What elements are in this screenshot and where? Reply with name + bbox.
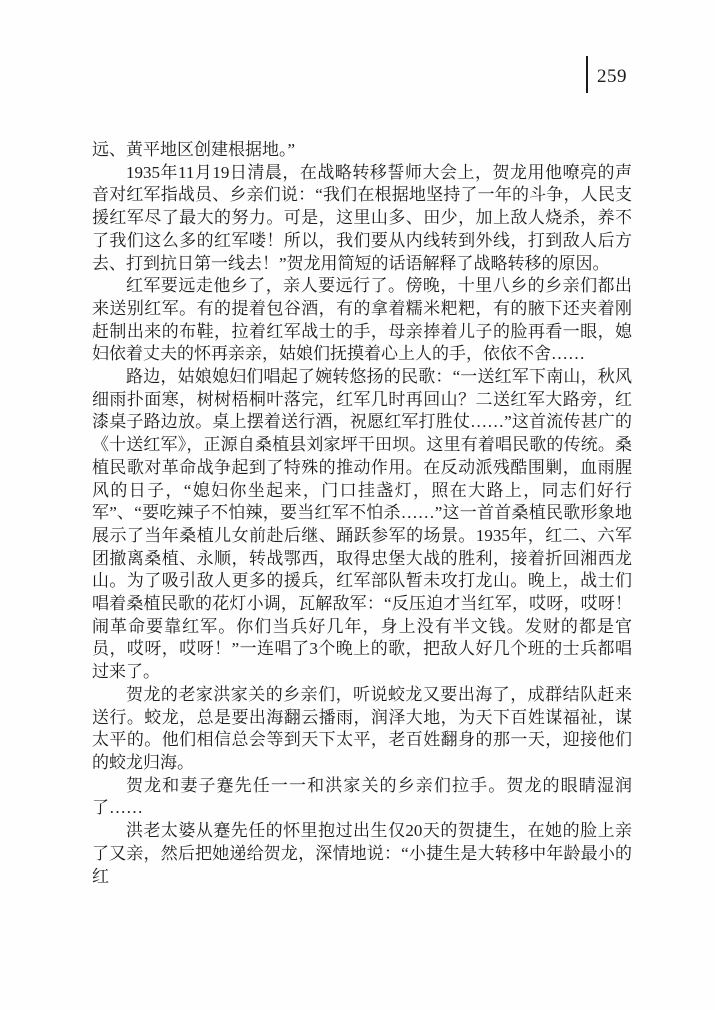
paragraph: 贺龙和妻子蹇先任一一和洪家关的乡亲们拉手。贺龙的眼睛湿润了…… xyxy=(92,775,632,820)
paragraph: 红军要远走他乡了，亲人要远行了。傍晚，十里八乡的乡亲们都出来送别红军。有的提着包… xyxy=(92,275,632,366)
page-number-rule xyxy=(586,56,588,93)
paragraph: 洪老太婆从蹇先任的怀里抱过出生仅20天的贺捷生，在她的脸上亲了又亲，然后把她递给… xyxy=(92,820,632,888)
page-number-block: 259 xyxy=(586,56,627,93)
page-number: 259 xyxy=(597,63,627,86)
paragraph-continuation: 远、黄平地区创建根据地。” xyxy=(92,139,632,162)
book-page: 259 远、黄平地区创建根据地。” 1935年11月19日清晨，在战略转移誓师大… xyxy=(0,0,715,1010)
paragraph: 路边，姑娘媳妇们唱起了婉转悠扬的民歌：“一送红军下南山，秋风细雨扑面寒，树树梧桐… xyxy=(92,366,632,684)
body-text: 远、黄平地区创建根据地。” 1935年11月19日清晨，在战略转移誓师大会上，贺… xyxy=(92,139,632,888)
paragraph: 1935年11月19日清晨，在战略转移誓师大会上，贺龙用他嘹亮的声音对红军指战员… xyxy=(92,162,632,276)
paragraph: 贺龙的老家洪家关的乡亲们，听说蛟龙又要出海了，成群结队赶来送行。蛟龙，总是要出海… xyxy=(92,684,632,775)
